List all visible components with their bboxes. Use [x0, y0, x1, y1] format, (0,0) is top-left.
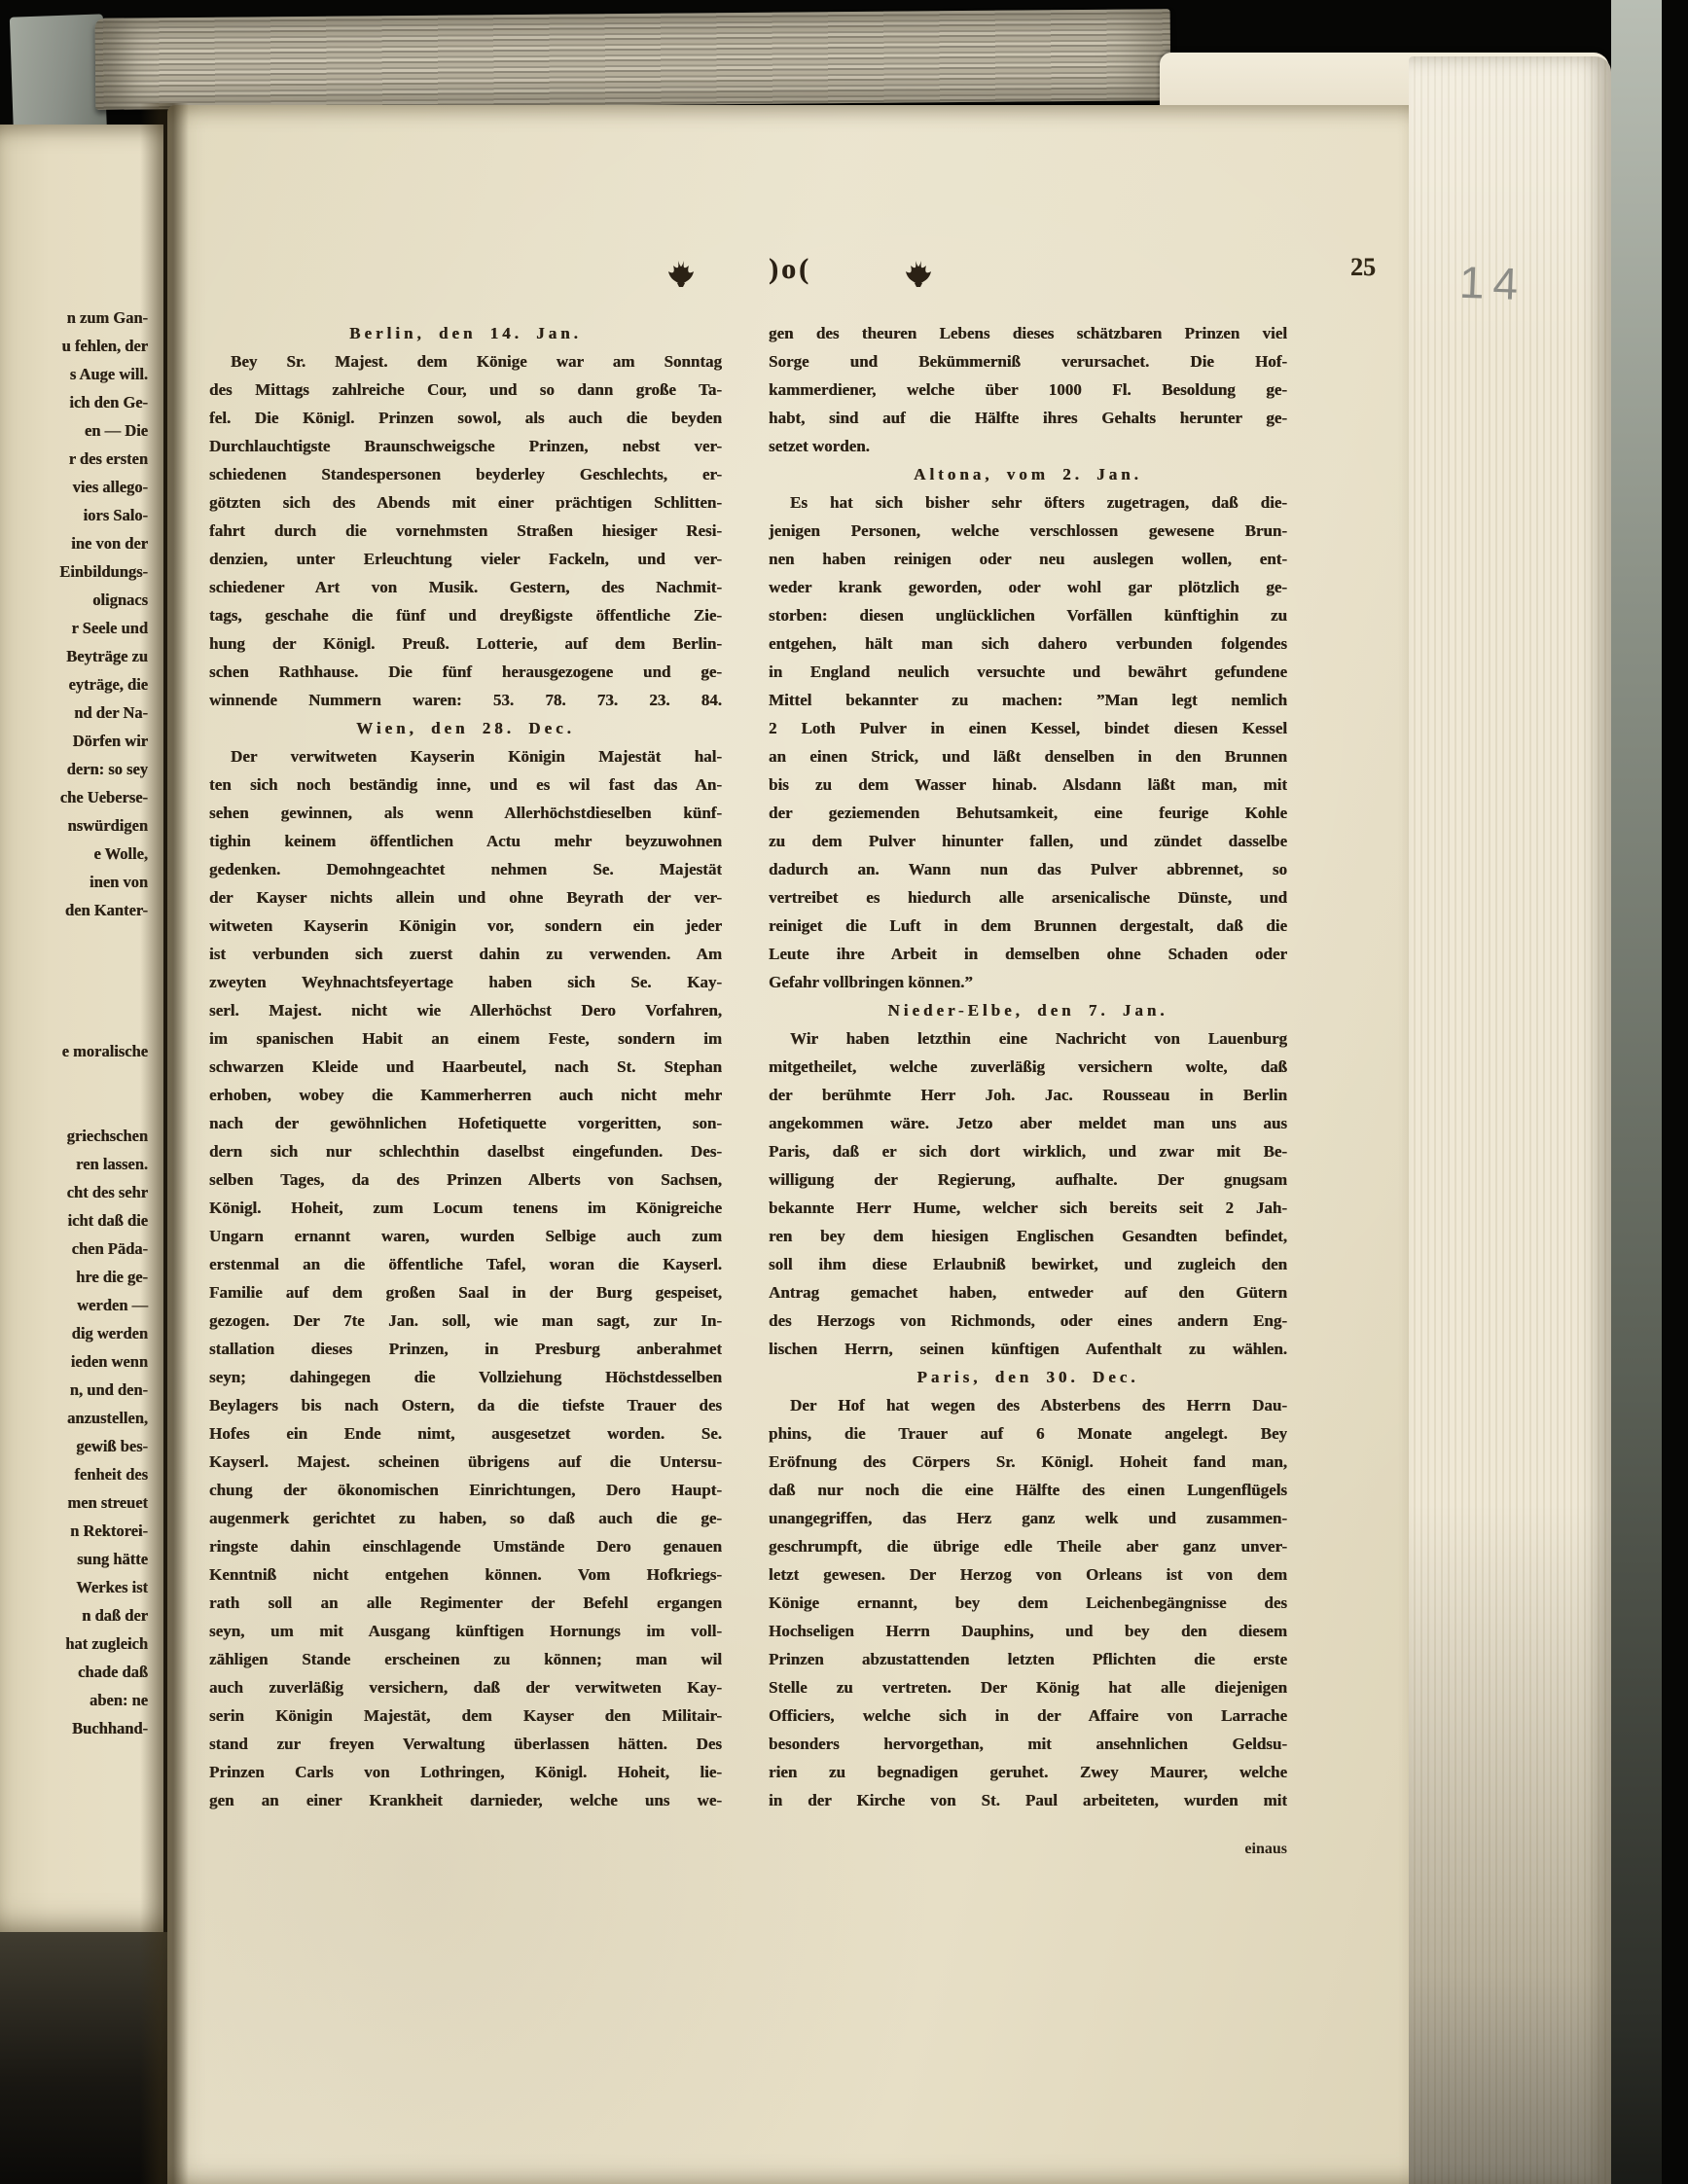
fragment-line: icht daß die [4, 1206, 148, 1235]
text-line: Wir haben letzthin eine Nachricht von La… [769, 1024, 1287, 1053]
fragment-line: ine von der [4, 529, 148, 557]
text-line: ten sich noch beständig inne, und es wil… [209, 770, 722, 799]
text-line: nen haben reinigen oder neu auslegen wol… [769, 545, 1287, 573]
text-line: bekannte Herr Hume, welcher sich bereits… [769, 1194, 1287, 1222]
text-line: ren bey dem hiesigen Englischen Gesandte… [769, 1222, 1287, 1250]
fragment-line: nswürdigen [4, 811, 148, 840]
fragment-line: nd der Na- [4, 698, 148, 727]
fragment-line: men streuet [4, 1488, 148, 1517]
text-line: lischen Herrn, seinen künftigen Aufentha… [769, 1335, 1287, 1363]
fragment-line: iors Salo- [4, 501, 148, 529]
text-line: letzt gewesen. Der Herzog von Orleans is… [769, 1560, 1287, 1589]
text-line: Antrag gemachet haben, entweder auf den … [769, 1278, 1287, 1307]
text-line: gen des theuren Lebens dieses schätzbare… [769, 319, 1287, 347]
fragment-line [4, 1065, 148, 1093]
text-line: habt, sind auf die Hälfte ihres Gehalts … [769, 404, 1287, 432]
book-photo: n zum Gan-u fehlen, ders Auge will.ich d… [0, 0, 1688, 2184]
text-line: Der Hof hat wegen des Absterbens des Her… [769, 1391, 1287, 1419]
facing-page-sliver: n zum Gan-u fehlen, ders Auge will.ich d… [0, 125, 163, 1936]
fragment-line: sung hätte [4, 1545, 148, 1573]
fragment-line: u fehlen, der [4, 332, 148, 360]
left-book-cover-edge [10, 14, 107, 141]
fragment-line: n daß der [4, 1601, 148, 1629]
text-line: Hofes ein Ende nimt, ausgesetzet worden.… [209, 1419, 722, 1448]
fragment-line: ren lassen. [4, 1150, 148, 1178]
fragment-line: griechschen [4, 1122, 148, 1150]
text-line: fahrt durch die vornehmsten Straßen hies… [209, 517, 722, 545]
text-line: zweyten Weyhnachtsfeyertage haben sich S… [209, 968, 722, 996]
text-line: unangegriffen, das Herz ganz welk und zu… [769, 1504, 1287, 1532]
text-line: erhoben, wobey die Kammerherren auch nic… [209, 1081, 722, 1109]
text-line: Prinzen abzustattenden letzten Pflichten… [769, 1645, 1287, 1673]
text-line: dadurch an. Wann nun das Pulver abbrenne… [769, 855, 1287, 883]
gutter-shadow [140, 103, 189, 2184]
fragment-line: den Kanter- [4, 896, 148, 924]
text-line: rath soll an alle Regimenter der Befehl … [209, 1589, 722, 1617]
text-line: des Herzogs von Richmonds, oder eines an… [769, 1307, 1287, 1335]
text-line: serl. Majest. nicht wie Allerhöchst Dero… [209, 996, 722, 1024]
text-line: vertreibet es hiedurch alle arsenicalisc… [769, 883, 1287, 912]
fragment-line: dig werden [4, 1319, 148, 1347]
fore-edge-page-stack [1409, 56, 1611, 2184]
fragment-line: vies allego- [4, 473, 148, 501]
dateline-heading: Altona, vom 2. Jan. [769, 460, 1287, 488]
text-line: ringste dahin einschlagende Umstände Der… [209, 1532, 722, 1560]
text-line: Bey Sr. Majest. dem Könige war am Sonnta… [209, 347, 722, 376]
text-column-right: gen des theuren Lebens dieses schätzbare… [769, 319, 1287, 1814]
fragment-line: cht des sehr [4, 1178, 148, 1206]
text-line: chung der ökonomischen Einrichtungen, De… [209, 1476, 722, 1504]
text-line: stallation dieses Prinzen, in Presburg a… [209, 1335, 722, 1363]
text-line: setzet worden. [769, 432, 1287, 460]
text-line: Beylagers bis nach Ostern, da die tiefst… [209, 1391, 722, 1419]
text-line: Hochseligen Herrn Dauphins, und bey den … [769, 1617, 1287, 1645]
text-line: schiedenen Standespersonen beyderley Ges… [209, 460, 722, 488]
text-line: kammerdiener, welche über 1000 Fl. Besol… [769, 376, 1287, 404]
fleuron-ornament-left-icon [665, 257, 697, 288]
fragment-line [4, 924, 148, 952]
text-line: weder krank geworden, oder wohl gar plöt… [769, 573, 1287, 601]
text-line: Familie auf dem großen Saal in der Burg … [209, 1278, 722, 1307]
fragment-line [4, 952, 148, 981]
fragment-line: eyträge, die [4, 670, 148, 698]
text-line: tighin keinem öffentlichen Actu mehr bey… [209, 827, 722, 855]
text-line: nach der gewöhnlichen Hofetiquette vorge… [209, 1109, 722, 1137]
fragment-line [4, 1009, 148, 1037]
fragment-line [4, 1093, 148, 1122]
text-line: angekommen wäre. Jetzo aber meldet man u… [769, 1109, 1287, 1137]
text-line: selben Tages, da des Prinzen Alberts von… [209, 1165, 722, 1194]
text-line: besonders hervorgethan, mit ansehnlichen… [769, 1730, 1287, 1758]
fragment-line [4, 981, 148, 1009]
fragment-line: fenheit des [4, 1460, 148, 1488]
text-line: rien zu begnadigen geruhet. Zwey Maurer,… [769, 1758, 1287, 1786]
facing-page-fragments: n zum Gan-u fehlen, ders Auge will.ich d… [4, 304, 148, 1742]
text-line: tags, geschahe die fünf und dreyßigste ö… [209, 601, 722, 629]
text-line: der geziemenden Behutsamkeit, eine feuri… [769, 799, 1287, 827]
text-line: der berühmte Herr Joh. Jac. Rousseau in … [769, 1081, 1287, 1109]
text-line: des Mittags zahlreiche Cour, und so dann… [209, 376, 722, 404]
text-line: Kayserl. Majest. scheinen übrigens auf d… [209, 1448, 722, 1476]
text-line: zähligen Stande erscheinen zu können; ma… [209, 1645, 722, 1673]
fragment-line: ich den Ge- [4, 388, 148, 416]
dateline-heading: Paris, den 30. Dec. [769, 1363, 1287, 1391]
text-line: soll ihm diese Erlaubniß bewirket, und z… [769, 1250, 1287, 1278]
text-line: Kenntniß nicht entgehen können. Vom Hofk… [209, 1560, 722, 1589]
text-line: geschrumpft, die übrige edle Theile aber… [769, 1532, 1287, 1560]
text-line: ist verbunden sich zuerst dahin zu verwe… [209, 940, 722, 968]
text-line: Königl. Hoheit, zum Locum tenens im Köni… [209, 1194, 722, 1222]
fragment-line: r Seele und [4, 614, 148, 642]
text-line: witweten Kayserin Königin vor, sondern e… [209, 912, 722, 940]
text-line: bis zu dem Wasser hinab. Alsdann läßt ma… [769, 770, 1287, 799]
text-line: gedenken. Demohngeachtet nehmen Se. Maje… [209, 855, 722, 883]
text-line: denzien, unter Erleuchtung vieler Fackel… [209, 545, 722, 573]
fragment-line: n zum Gan- [4, 304, 148, 332]
text-line: augenmerk gerichtet zu haben, so daß auc… [209, 1504, 722, 1532]
text-line: jenigen Personen, welche verschlossen ge… [769, 517, 1287, 545]
text-line: erstenmal an die öffentliche Tafel, wora… [209, 1250, 722, 1278]
text-line: der Kayser nichts allein und ohne Beyrat… [209, 883, 722, 912]
fragment-line: olignacs [4, 586, 148, 614]
fragment-line: Buchhand- [4, 1714, 148, 1742]
fragment-line: n Rektorei- [4, 1517, 148, 1545]
text-line: götzten sich des Abends mit einer prächt… [209, 488, 722, 517]
page-stack-top-edges [95, 9, 1171, 110]
foliation-stamp: 14 [1458, 256, 1527, 310]
text-line: im spanischen Habit an einem Feste, sond… [209, 1024, 722, 1053]
catchword: einaus [769, 1841, 1291, 1858]
text-line: Könige ernannt, bey dem Leichenbegängnis… [769, 1589, 1287, 1617]
text-line: Durchlauchtigste Braunschweigsche Prinze… [209, 432, 722, 460]
text-line: Paris, daß er sich dort wirklich, und zw… [769, 1137, 1287, 1165]
text-line: dern sich nur schlechthin daselbst einge… [209, 1137, 722, 1165]
fragment-line: ieden wenn [4, 1347, 148, 1376]
text-line: sehen gewinnen, als wenn Allerhöchstdies… [209, 799, 722, 827]
text-line: stand zur freyen Verwaltung überlassen h… [209, 1730, 722, 1758]
text-line: gen an einer Krankheit darnieder, welche… [209, 1786, 722, 1814]
fragment-line: Einbildungs- [4, 557, 148, 586]
dateline-heading: Berlin, den 14. Jan. [209, 319, 722, 347]
text-line: gezogen. Der 7te Jan. soll, wie man sagt… [209, 1307, 722, 1335]
text-line: reiniget die Luft in dem Brunnen dergest… [769, 912, 1287, 940]
fragment-line: anzustellen, [4, 1404, 148, 1432]
text-line: Officiers, welche sich in der Affaire vo… [769, 1701, 1287, 1730]
fragment-line: werden — [4, 1291, 148, 1319]
text-line: Leute ihre Arbeit in demselben ohne Scha… [769, 940, 1287, 968]
fragment-line: r des ersten [4, 445, 148, 473]
text-line: Sorge und Bekümmerniß verursachet. Die H… [769, 347, 1287, 376]
text-line: fel. Die Königl. Prinzen sowol, als auch… [209, 404, 722, 432]
text-line: schiedener Art von Musik. Gestern, des N… [209, 573, 722, 601]
dateline-heading: Wien, den 28. Dec. [209, 714, 722, 742]
text-line: Es hat sich bisher sehr öfters zugetrage… [769, 488, 1287, 517]
text-line: storben: diesen unglücklichen Vorfällen … [769, 601, 1287, 629]
fragment-line: chade daß [4, 1658, 148, 1686]
text-line: in England neulich versuchte und bewährt… [769, 658, 1287, 686]
text-line: winnende Nummern waren: 53. 78. 73. 23. … [209, 686, 722, 714]
text-line: serin Königin Majestät, dem Kayser den M… [209, 1701, 722, 1730]
text-line: Ungarn ernannt waren, wurden Selbige auc… [209, 1222, 722, 1250]
text-line: willigung der Regierung, aufhalte. Der g… [769, 1165, 1287, 1194]
text-line: auch zuverläßig versichern, daß der verw… [209, 1673, 722, 1701]
fragment-line: s Auge will. [4, 360, 148, 388]
text-line: mitgetheilet, welche zuverläßig versiche… [769, 1053, 1287, 1081]
text-line: seyn; dahingegen die Vollziehung Höchstd… [209, 1363, 722, 1391]
fragment-line: Beyträge zu [4, 642, 148, 670]
printed-page: )o( 25 Berlin, den 14. Jan.Bey Sr. Majes… [167, 105, 1411, 2184]
text-line: Prinzen Carls von Lothringen, Königl. Ho… [209, 1758, 722, 1786]
text-line: 2 Loth Pulver in einen Kessel, bindet di… [769, 714, 1287, 742]
fragment-line: e moralische [4, 1037, 148, 1065]
text-line: Gefahr vollbringen können.” [769, 968, 1287, 996]
text-line: in der Kirche von St. Paul arbeiteten, w… [769, 1786, 1287, 1814]
text-line: Eröfnung des Cörpers Sr. Königl. Hoheit … [769, 1448, 1287, 1476]
fragment-line: che Ueberse- [4, 783, 148, 811]
fragment-line: hre die ge- [4, 1263, 148, 1291]
dateline-heading: Nieder-Elbe, den 7. Jan. [769, 996, 1287, 1024]
fragment-line: gewiß bes- [4, 1432, 148, 1460]
text-line: zu dem Pulver hinunter fallen, und zünde… [769, 827, 1287, 855]
fragment-line: chen Päda- [4, 1235, 148, 1263]
text-line: daß nur noch die eine Hälfte des einen L… [769, 1476, 1287, 1504]
text-line: schen Rathhause. Die fünf herausgezogene… [209, 658, 722, 686]
fragment-line: en — Die [4, 416, 148, 445]
fragment-line: Werkes ist [4, 1573, 148, 1601]
text-line: hung der Königl. Preuß. Lotterie, auf de… [209, 629, 722, 658]
right-book-cover-edge [1611, 0, 1662, 2184]
text-line: Der verwitweten Kayserin Königin Majestä… [209, 742, 722, 770]
page-number: 25 [1350, 253, 1376, 282]
signature-mark: )o( [769, 253, 811, 286]
text-line: entgehen, hält man sich dahero verbunden… [769, 629, 1287, 658]
text-line: Mittel bekannter zu machen: ”Man legt ne… [769, 686, 1287, 714]
fragment-line: Dörfen wir [4, 727, 148, 755]
text-line: an einen Strick, und läßt denselben in d… [769, 742, 1287, 770]
fragment-line: aben: ne [4, 1686, 148, 1714]
text-column-left: Berlin, den 14. Jan.Bey Sr. Majest. dem … [209, 319, 722, 1814]
text-line: seyn, um mit Ausgang künftigen Hornungs … [209, 1617, 722, 1645]
fleuron-ornament-right-icon [903, 257, 934, 288]
text-line: Stelle zu vertreten. Der König hat alle … [769, 1673, 1287, 1701]
fragment-line: hat zugleich [4, 1629, 148, 1658]
text-line: schwarzen Kleide und Haarbeutel, nach St… [209, 1053, 722, 1081]
fragment-line: dern: so sey [4, 755, 148, 783]
text-line: phins, die Trauer auf 6 Monate angelegt.… [769, 1419, 1287, 1448]
fragment-line: inen von [4, 868, 148, 896]
fragment-line: e Wolle, [4, 840, 148, 868]
fragment-line: n, und den- [4, 1376, 148, 1404]
